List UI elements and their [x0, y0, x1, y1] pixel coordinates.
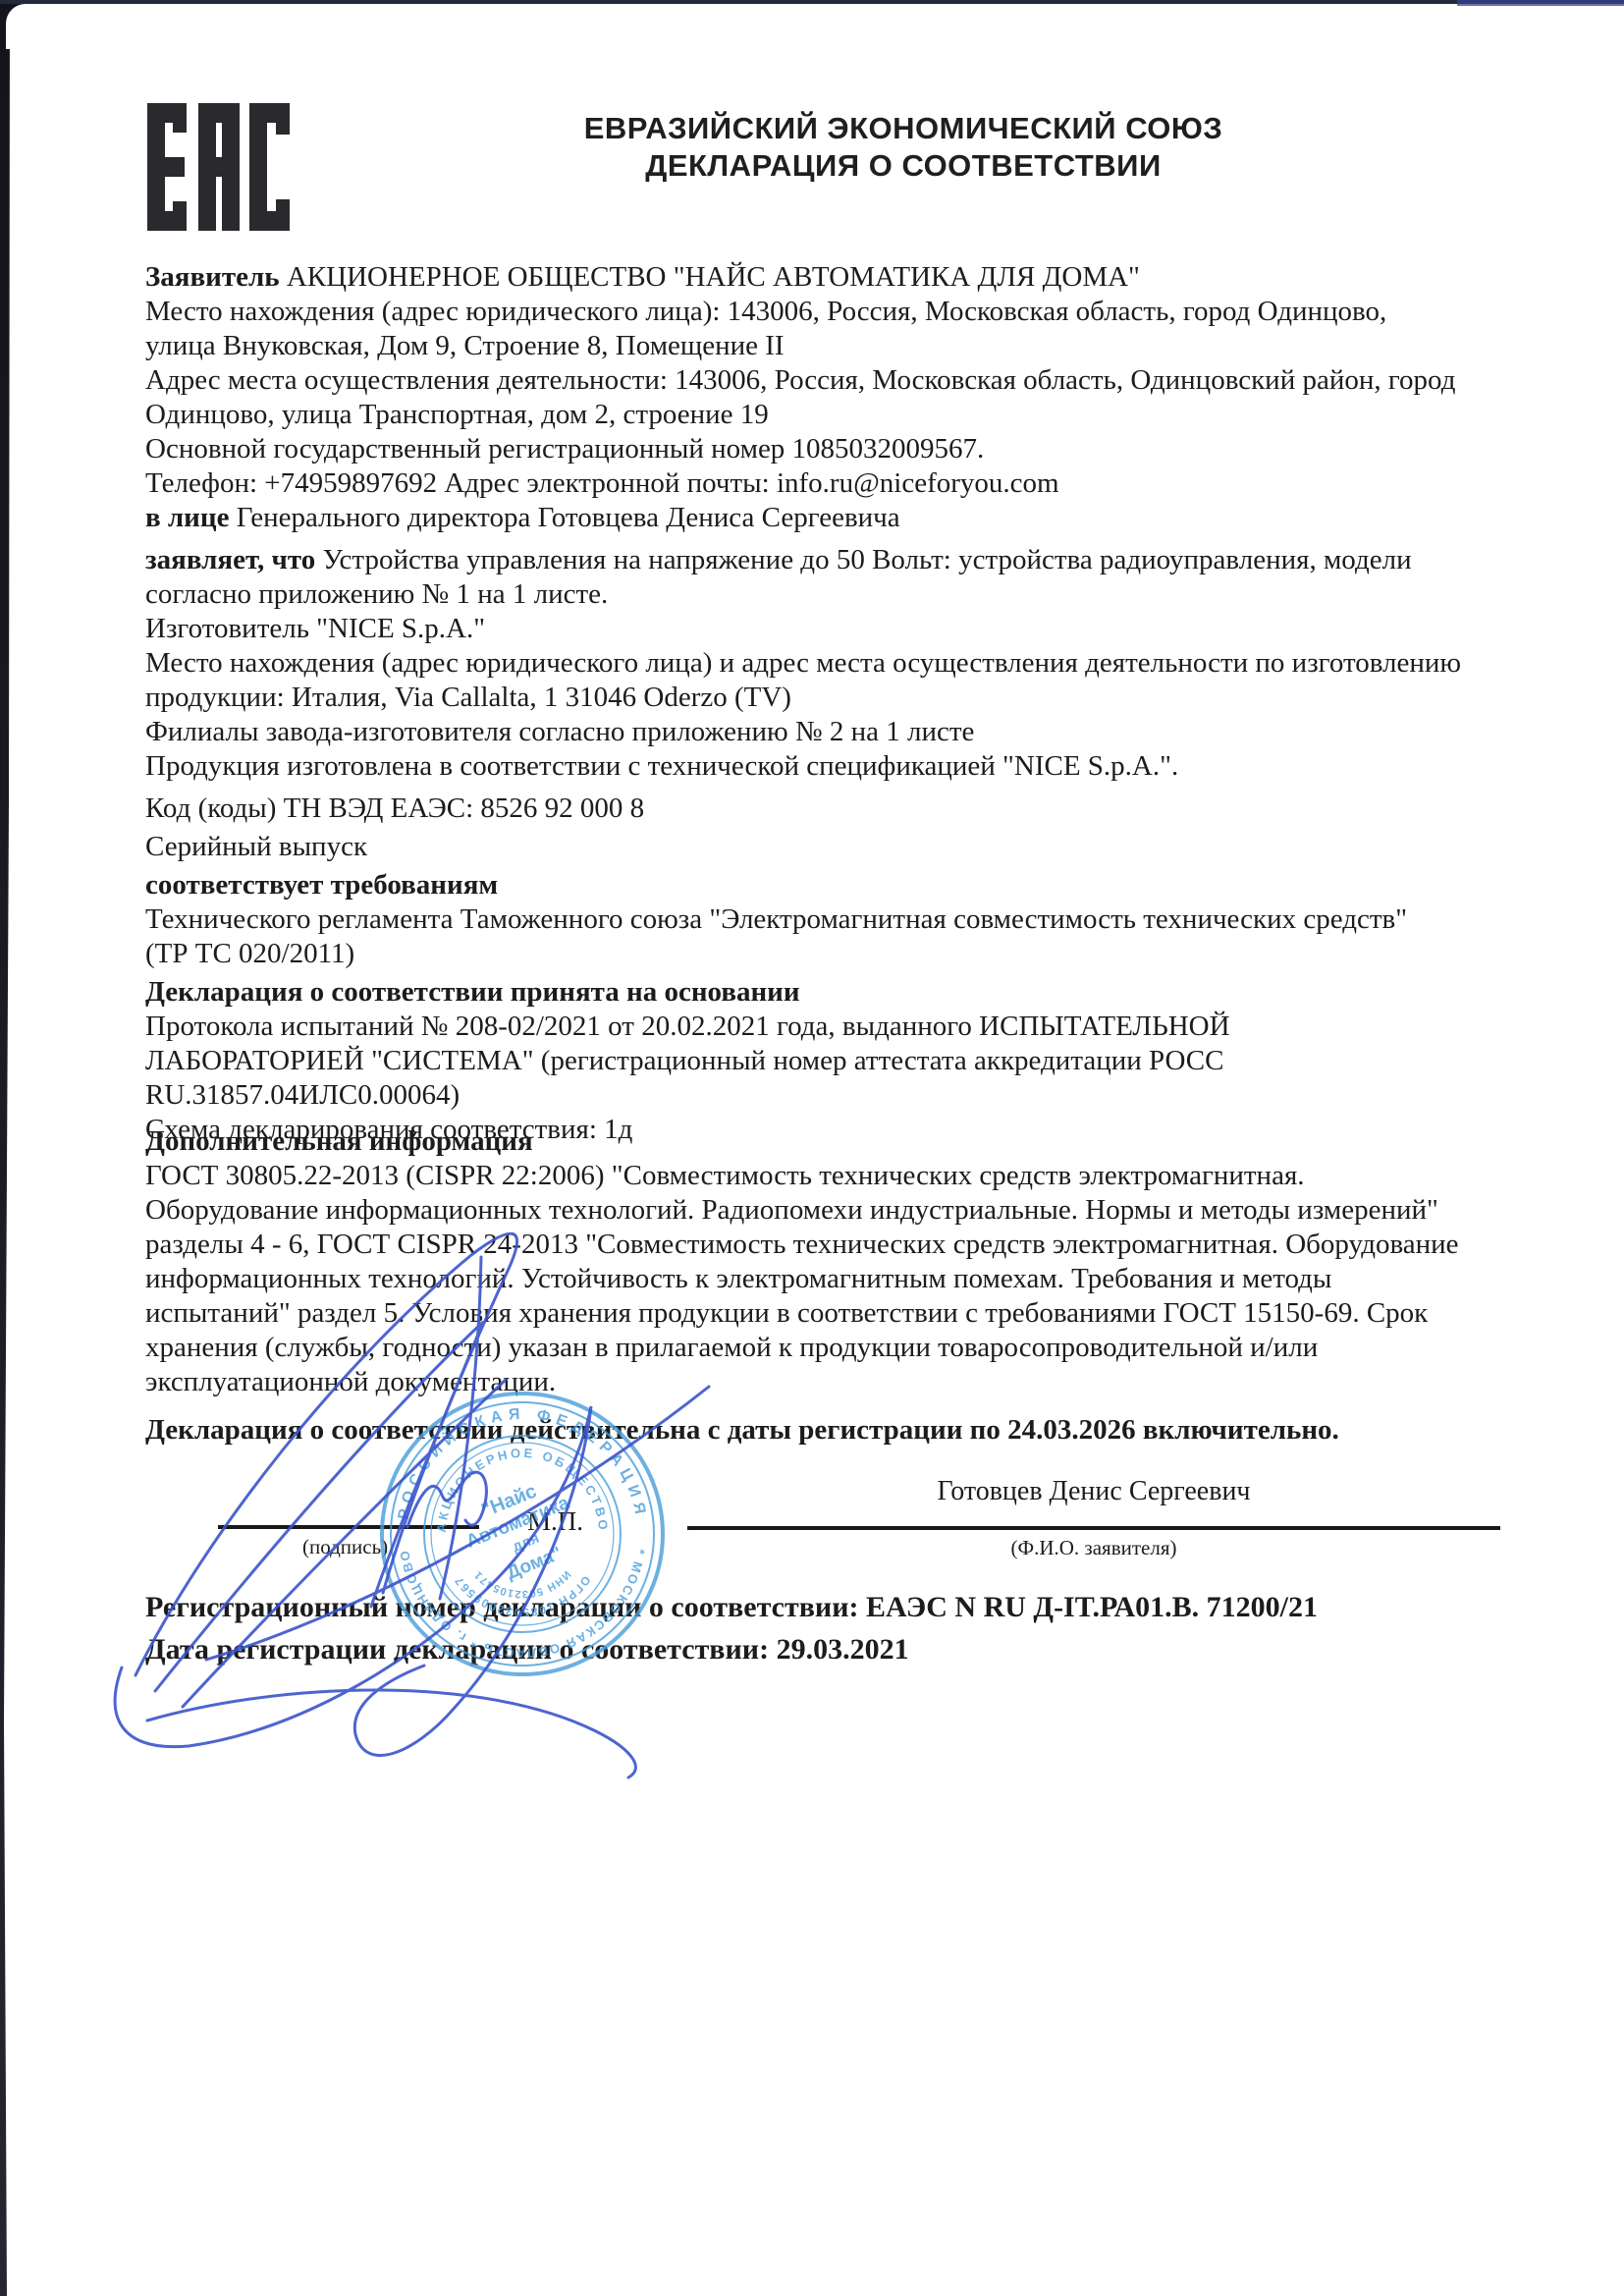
title-line-1: ЕВРАЗИЙСКИЙ ЭКОНОМИЧЕСКИЙ СОЮЗ — [560, 110, 1247, 147]
text-line: Место нахождения (адрес юридического лиц… — [145, 295, 1455, 329]
text-segment: Место нахождения (адрес юридического лиц… — [145, 647, 1461, 679]
text-segment: ЛАБОРАТОРИЕЙ "СИСТЕМА" (регистрационный … — [145, 1045, 1224, 1076]
text-segment: согласно приложению № 1 на 1 листе. — [145, 578, 608, 610]
text-segment: Место нахождения (адрес юридического лиц… — [145, 296, 1386, 327]
text-line: Телефон: +74959897692 Адрес электронной … — [145, 466, 1455, 501]
text-line: Продукция изготовлена в соответствии с т… — [145, 749, 1461, 784]
text-segment: Телефон: +74959897692 Адрес электронной … — [145, 467, 1059, 499]
text-line: Технического регламента Таможенного союз… — [145, 902, 1407, 937]
text-line: Протокола испытаний № 208-02/2021 от 20.… — [145, 1010, 1230, 1044]
text-segment: улица Внуковская, Дом 9, Строение 8, Пом… — [145, 330, 785, 361]
text-line: RU.31857.04ИЛС0.00064) — [145, 1078, 1230, 1113]
text-line: Заявитель АКЦИОНЕРНОЕ ОБЩЕСТВО "НАЙС АВТ… — [145, 260, 1455, 295]
text-segment-bold: соответствует требованиям — [145, 869, 498, 901]
text-line: Адрес места осуществления деятельности: … — [145, 363, 1455, 398]
text-line: заявляет, что Устройства управления на н… — [145, 543, 1461, 577]
text-segment: АКЦИОНЕРНОЕ ОБЩЕСТВО "НАЙС АВТОМАТИКА ДЛ… — [280, 261, 1140, 293]
text-line: Код (коды) ТН ВЭД ЕАЭС: 8526 92 000 8 — [145, 792, 644, 826]
text-segment: RU.31857.04ИЛС0.00064) — [145, 1079, 460, 1111]
text-line: Место нахождения (адрес юридического лиц… — [145, 646, 1461, 681]
scan-edge-top-right — [1457, 0, 1624, 6]
text-segment: Серийный выпуск — [145, 831, 367, 862]
text-segment: Генерального директора Готовцева Дениса … — [229, 502, 899, 533]
text-segment: Одинцово, улица Транспортная, дом 2, стр… — [145, 399, 769, 430]
page-rounded-corner — [6, 4, 51, 49]
text-line: соответствует требованиям — [145, 868, 1407, 902]
document-title: ЕВРАЗИЙСКИЙ ЭКОНОМИЧЕСКИЙ СОЮЗ ДЕКЛАРАЦИ… — [560, 110, 1247, 185]
text-segment: Устройства управления на напряжение до 5… — [315, 544, 1411, 575]
handwritten-signature — [59, 1129, 727, 1797]
paragraph-applicant: Заявитель АКЦИОНЕРНОЕ ОБЩЕСТВО "НАЙС АВТ… — [145, 260, 1455, 535]
text-line: Одинцово, улица Транспортная, дом 2, стр… — [145, 398, 1455, 432]
text-segment: Технического регламента Таможенного союз… — [145, 903, 1407, 935]
text-segment: Продукция изготовлена в соответствии с т… — [145, 750, 1178, 782]
text-segment-bold: Заявитель — [145, 261, 280, 293]
text-segment-bold: Декларация о соответствии принята на осн… — [145, 976, 800, 1008]
text-line: Серийный выпуск — [145, 830, 367, 864]
text-segment: Код (коды) ТН ВЭД ЕАЭС: 8526 92 000 8 — [145, 793, 644, 824]
applicant-name: Готовцев Денис Сергеевич — [687, 1476, 1500, 1507]
text-line: Основной государственный регистрационный… — [145, 432, 1455, 466]
applicant-name-caption: (Ф.И.О. заявителя) — [687, 1536, 1500, 1560]
text-line: согласно приложению № 1 на 1 листе. — [145, 577, 1461, 612]
text-segment: Протокола испытаний № 208-02/2021 от 20.… — [145, 1011, 1230, 1042]
paragraph-product: заявляет, что Устройства управления на н… — [145, 543, 1461, 784]
scan-edge-left — [0, 0, 10, 2296]
text-segment: продукции: Италия, Via Callalta, 1 31046… — [145, 682, 791, 713]
paragraph-requirements: соответствует требованиямТехнического ре… — [145, 868, 1407, 971]
text-line: Декларация о соответствии принята на осн… — [145, 975, 1230, 1010]
text-line: Филиалы завода-изготовителя согласно при… — [145, 715, 1461, 749]
paragraph-basis: Декларация о соответствии принята на осн… — [145, 975, 1230, 1147]
text-line: Изготовитель "NICE S.p.A." — [145, 612, 1461, 646]
text-line: продукции: Италия, Via Callalta, 1 31046… — [145, 681, 1461, 715]
text-segment: Адрес места осуществления деятельности: … — [145, 364, 1455, 396]
text-segment: Филиалы завода-изготовителя согласно при… — [145, 716, 974, 747]
text-segment-bold: в лице — [145, 502, 229, 533]
paragraph-serial: Серийный выпуск — [145, 830, 367, 864]
text-segment: (ТР ТС 020/2011) — [145, 938, 354, 969]
scan-edge-top — [0, 0, 1624, 4]
eac-mark-logo — [147, 103, 290, 231]
text-segment: Изготовитель "NICE S.p.A." — [145, 613, 485, 644]
paragraph-tnved-code: Код (коды) ТН ВЭД ЕАЭС: 8526 92 000 8 — [145, 792, 644, 826]
text-line: ЛАБОРАТОРИЕЙ "СИСТЕМА" (регистрационный … — [145, 1044, 1230, 1078]
declaration-document-page: ЕВРАЗИЙСКИЙ ЭКОНОМИЧЕСКИЙ СОЮЗ ДЕКЛАРАЦИ… — [0, 0, 1624, 2296]
text-line: (ТР ТС 020/2011) — [145, 937, 1407, 971]
text-segment: Основной государственный регистрационный… — [145, 433, 984, 465]
text-line: в лице Генерального директора Готовцева … — [145, 501, 1455, 535]
text-segment-bold: заявляет, что — [145, 544, 315, 575]
text-line: улица Внуковская, Дом 9, Строение 8, Пом… — [145, 329, 1455, 363]
title-line-2: ДЕКЛАРАЦИЯ О СООТВЕТСТВИИ — [560, 147, 1247, 185]
applicant-name-line — [687, 1526, 1500, 1530]
